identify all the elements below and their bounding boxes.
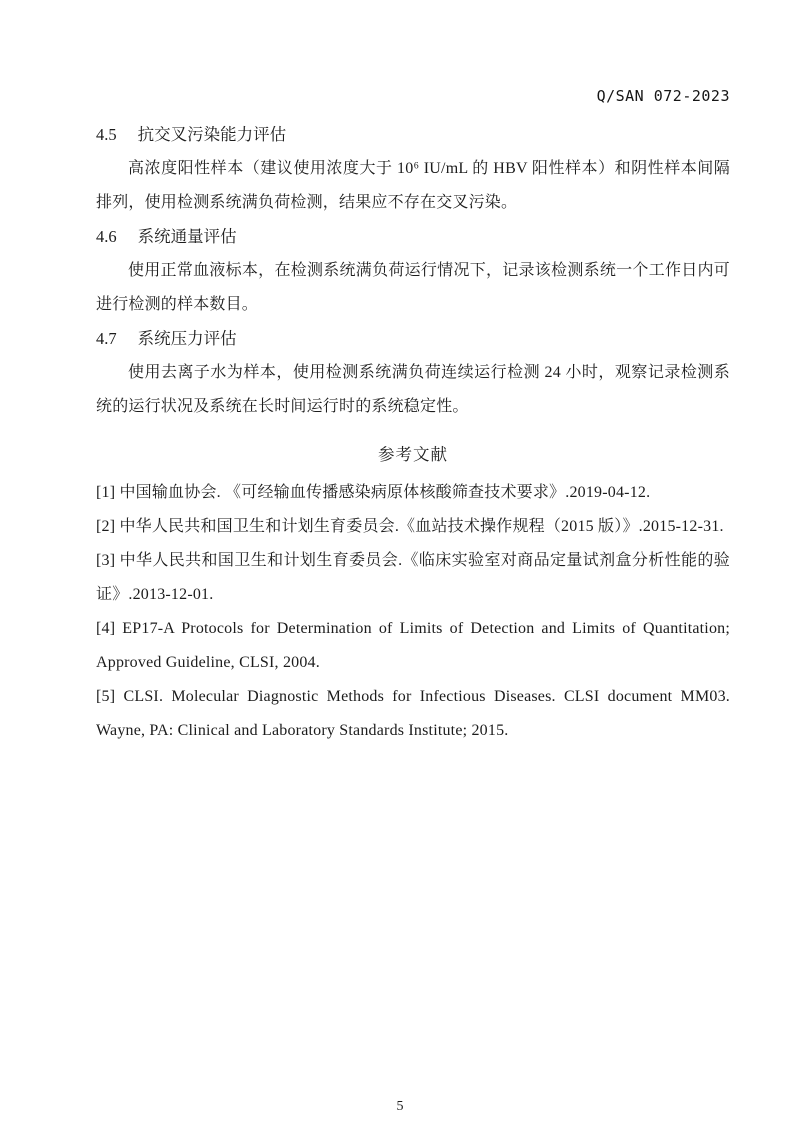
section-number: 4.6 xyxy=(96,220,117,254)
references-list: [1] 中国输血协会. 《可经输血传播感染病原体核酸筛查技术要求》.2019-0… xyxy=(96,476,730,748)
section-number: 4.7 xyxy=(96,322,117,356)
page-content: Q/SAN 072-2023 4.5抗交叉污染能力评估 高浓度阳性样本（建议使用… xyxy=(96,86,730,748)
reference-item: [4] EP17-A Protocols for Determination o… xyxy=(96,612,730,680)
section-title: 抗交叉污染能力评估 xyxy=(138,125,287,144)
reference-item: [5] CLSI. Molecular Diagnostic Methods f… xyxy=(96,680,730,748)
section-number: 4.5 xyxy=(96,118,117,152)
section-heading-4-7: 4.7系统压力评估 xyxy=(96,322,730,356)
references-title: 参考文献 xyxy=(96,438,730,472)
document-page: Q/SAN 072-2023 4.5抗交叉污染能力评估 高浓度阳性样本（建议使用… xyxy=(0,0,800,1131)
reference-item: [2] 中华人民共和国卫生和计划生育委员会.《血站技术操作规程（2015 版）》… xyxy=(96,510,730,544)
section-paragraph: 使用正常血液标本，在检测系统满负荷运行情况下，记录该检测系统一个工作日内可进行检… xyxy=(96,254,730,322)
section-title: 系统压力评估 xyxy=(138,329,237,348)
doc-code: Q/SAN 072-2023 xyxy=(96,86,730,106)
page-number: 5 xyxy=(0,1099,800,1115)
section-heading-4-5: 4.5抗交叉污染能力评估 xyxy=(96,118,730,152)
section-title: 系统通量评估 xyxy=(138,227,237,246)
section-paragraph: 使用去离子水为样本，使用检测系统满负荷连续运行检测 24 小时，观察记录检测系统… xyxy=(96,356,730,424)
section-paragraph: 高浓度阳性样本（建议使用浓度大于 10⁶ IU/mL 的 HBV 阳性样本）和阴… xyxy=(96,152,730,220)
section-heading-4-6: 4.6系统通量评估 xyxy=(96,220,730,254)
reference-item: [3] 中华人民共和国卫生和计划生育委员会.《临床实验室对商品定量试剂盒分析性能… xyxy=(96,544,730,612)
reference-item: [1] 中国输血协会. 《可经输血传播感染病原体核酸筛查技术要求》.2019-0… xyxy=(96,476,730,510)
